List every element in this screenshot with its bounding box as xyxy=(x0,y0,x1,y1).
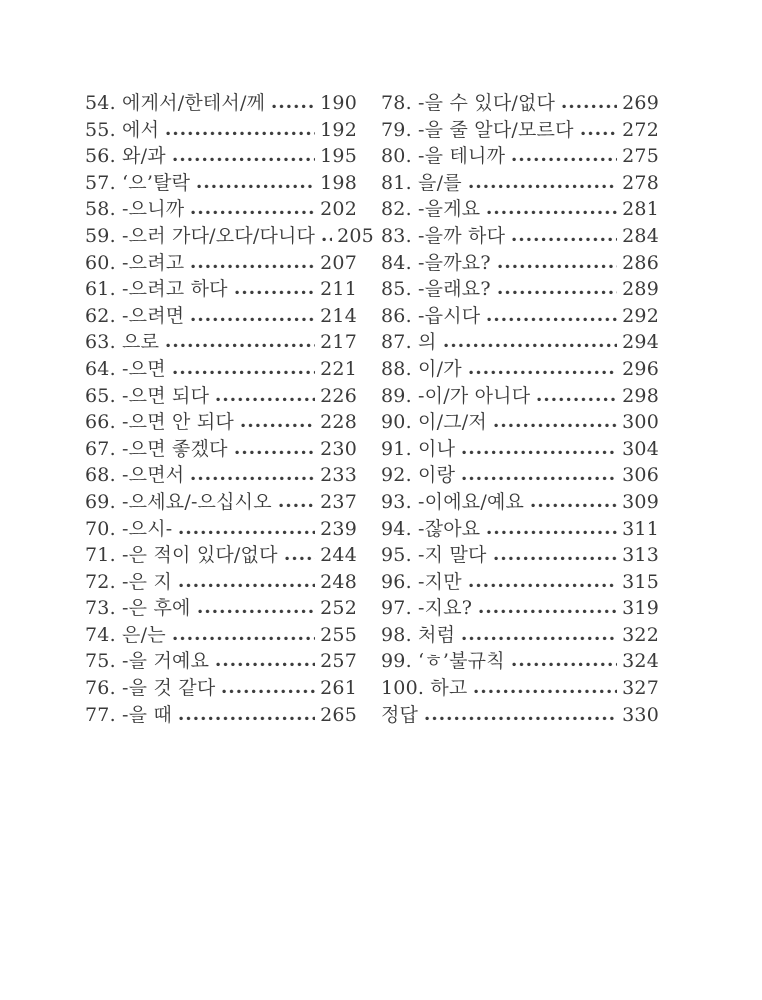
toc-entry-label: 86. -읍시다 xyxy=(381,301,480,328)
toc-entry: 80. -을 테니까275 xyxy=(381,141,659,168)
toc-entry: 74. 은/는255 xyxy=(85,620,357,647)
toc-entry-label: 77. -을 때 xyxy=(85,700,172,727)
dot-leader xyxy=(173,153,315,162)
toc-entry: 81. 을/를278 xyxy=(381,168,659,195)
toc-entry-label: 97. -지요? xyxy=(381,593,472,620)
dot-leader xyxy=(494,552,618,561)
toc-entry-page: 221 xyxy=(320,358,357,380)
toc-entry-label: 58. -으니까 xyxy=(85,194,184,221)
dot-leader xyxy=(198,605,316,614)
toc-entry-label: 91. 이나 xyxy=(381,434,455,461)
toc-entry-label: 80. -을 테니까 xyxy=(381,141,505,168)
toc-entry-page: 226 xyxy=(320,385,357,407)
toc-entry: 69. -으세요/-으십시오237 xyxy=(85,487,357,514)
dot-leader xyxy=(487,206,617,215)
toc-entry: 86. -읍시다292 xyxy=(381,301,659,328)
toc-entry: 95. -지 말다313 xyxy=(381,540,659,567)
toc-entry: 71. -은 적이 있다/없다244 xyxy=(85,540,357,567)
toc-entry: 68. -으면서233 xyxy=(85,460,357,487)
dot-leader xyxy=(487,526,617,535)
dot-leader xyxy=(216,658,315,667)
dot-leader xyxy=(512,658,617,667)
toc-entry-page: 252 xyxy=(320,597,357,619)
dot-leader xyxy=(216,393,315,402)
toc-entry-page: 298 xyxy=(622,385,659,407)
toc-entry-page: 207 xyxy=(320,252,357,274)
toc-entry: 94. -잖아요311 xyxy=(381,514,659,541)
dot-leader xyxy=(179,579,315,588)
toc-entry: 77. -을 때265 xyxy=(85,700,357,727)
toc-entry-label: 60. -으려고 xyxy=(85,248,184,275)
toc-entry-label: 59. -으러 가다/오다/다니다 xyxy=(85,221,315,248)
toc-entry-label: 87. 의 xyxy=(381,327,437,354)
toc-entry-label: 79. -을 줄 알다/모르다 xyxy=(381,115,574,142)
toc-entry-page: 237 xyxy=(320,491,357,513)
toc-entry-label: 99. ‘ㅎ’불규칙 xyxy=(381,646,505,673)
dot-leader xyxy=(479,605,617,614)
toc-entry-page: 296 xyxy=(622,358,659,380)
toc-entry: 99. ‘ㅎ’불규칙324 xyxy=(381,646,659,673)
dot-leader xyxy=(462,472,617,481)
dot-leader xyxy=(469,579,617,588)
toc-entry: 93. -이에요/예요309 xyxy=(381,487,659,514)
toc-entry: 55. 에서192 xyxy=(85,115,357,142)
toc-entry-page: 286 xyxy=(622,252,659,274)
toc-entry-label: 63. 으로 xyxy=(85,327,159,354)
toc-entry-page: 230 xyxy=(320,438,357,460)
toc-entry: 60. -으려고207 xyxy=(85,248,357,275)
toc-entry-label: 67. -으면 좋겠다 xyxy=(85,434,228,461)
dot-leader xyxy=(512,153,617,162)
toc-entry-label: 69. -으세요/-으십시오 xyxy=(85,487,272,514)
toc-entry: 82. -을게요281 xyxy=(381,194,659,221)
toc-entry-label: 76. -을 것 같다 xyxy=(85,673,215,700)
toc-entry-label: 61. -으려고 하다 xyxy=(85,274,228,301)
dot-leader xyxy=(279,499,315,508)
toc-entry-page: 198 xyxy=(320,172,357,194)
toc-entry-page: 281 xyxy=(622,198,659,220)
toc-entry-label: 82. -을게요 xyxy=(381,194,480,221)
toc-left-column: 54. 에게서/한테서/께19055. 에서19256. 와/과19557. ‘… xyxy=(85,88,357,726)
toc-entry-page: 205 xyxy=(337,225,374,247)
toc-entry: 54. 에게서/한테서/께190 xyxy=(85,88,357,115)
toc-entry: 58. -으니까202 xyxy=(85,194,357,221)
toc-entry: 88. 이/가296 xyxy=(381,354,659,381)
toc-entry-page: 330 xyxy=(622,704,659,726)
toc-entry: 64. -으면221 xyxy=(85,354,357,381)
toc-entry: 96. -지만315 xyxy=(381,567,659,594)
toc-entry-page: 313 xyxy=(622,544,659,566)
toc-entry-page: 275 xyxy=(622,145,659,167)
toc-entry-label: 73. -은 후에 xyxy=(85,593,191,620)
toc-entry-page: 192 xyxy=(320,119,357,141)
toc-entry-label: 정답 xyxy=(381,700,418,727)
toc-entry-page: 211 xyxy=(320,278,357,300)
toc-entry-label: 54. 에게서/한테서/께 xyxy=(85,88,265,115)
toc-entry-page: 217 xyxy=(320,331,357,353)
toc-entry-page: 309 xyxy=(622,491,659,513)
toc-entry-page: 228 xyxy=(320,411,357,433)
dot-leader xyxy=(425,712,617,721)
dot-leader xyxy=(235,446,315,455)
toc-entry-label: 71. -은 적이 있다/없다 xyxy=(85,540,278,567)
toc-entry-page: 324 xyxy=(622,650,659,672)
toc-entry-label: 62. -으려면 xyxy=(85,301,184,328)
toc-entry-page: 315 xyxy=(622,571,659,593)
toc-entry: 90. 이/그/저300 xyxy=(381,407,659,434)
dot-leader xyxy=(462,446,617,455)
toc-entry-label: 83. -을까 하다 xyxy=(381,221,505,248)
toc-entry-label: 88. 이/가 xyxy=(381,354,462,381)
dot-leader xyxy=(498,260,617,269)
toc-entry: 70. -으시-239 xyxy=(85,514,357,541)
dot-leader xyxy=(235,286,315,295)
dot-leader xyxy=(191,260,315,269)
toc-entry-page: 233 xyxy=(320,464,357,486)
dot-leader xyxy=(173,632,315,641)
dot-leader xyxy=(469,366,617,375)
toc-entry-label: 57. ‘으’탈락 xyxy=(85,168,190,195)
toc-entry: 정답330 xyxy=(381,700,659,727)
toc-entry: 56. 와/과195 xyxy=(85,141,357,168)
toc-entry-label: 96. -지만 xyxy=(381,567,462,594)
toc-entry-page: 294 xyxy=(622,331,659,353)
dot-leader xyxy=(191,472,315,481)
dot-leader xyxy=(562,100,617,109)
toc-entry-label: 65. -으면 되다 xyxy=(85,381,209,408)
dot-leader xyxy=(322,233,332,242)
toc-entry-page: 269 xyxy=(622,92,659,114)
dot-leader xyxy=(191,313,315,322)
dot-leader xyxy=(487,313,617,322)
toc-entry: 84. -을까요?286 xyxy=(381,248,659,275)
dot-leader xyxy=(512,233,617,242)
toc-entry-label: 56. 와/과 xyxy=(85,141,166,168)
dot-leader xyxy=(241,419,315,428)
toc-entry-page: 327 xyxy=(622,677,659,699)
dot-leader xyxy=(222,685,315,694)
toc-entry-label: 89. -이/가 아니다 xyxy=(381,381,530,408)
toc-entry-page: 214 xyxy=(320,305,357,327)
dot-leader xyxy=(272,100,315,109)
dot-leader xyxy=(469,180,617,189)
toc-entry: 76. -을 것 같다261 xyxy=(85,673,357,700)
dot-leader xyxy=(191,206,315,215)
toc-entry-label: 74. 은/는 xyxy=(85,620,166,647)
toc-entry-page: 190 xyxy=(320,92,357,114)
toc-entry: 59. -으러 가다/오다/다니다205 xyxy=(85,221,357,248)
toc-entry-label: 84. -을까요? xyxy=(381,248,491,275)
toc-entry-label: 55. 에서 xyxy=(85,115,159,142)
toc-entry-page: 239 xyxy=(320,518,357,540)
dot-leader xyxy=(531,499,617,508)
toc-entry: 89. -이/가 아니다298 xyxy=(381,381,659,408)
toc-entry-label: 64. -으면 xyxy=(85,354,166,381)
toc-entry-page: 244 xyxy=(320,544,357,566)
dot-leader xyxy=(285,552,315,561)
dot-leader xyxy=(581,127,617,136)
toc-entry: 100. 하고327 xyxy=(381,673,659,700)
toc-entry: 78. -을 수 있다/없다269 xyxy=(381,88,659,115)
dot-leader xyxy=(197,180,315,189)
toc-entry: 98. 처럼322 xyxy=(381,620,659,647)
toc-entry: 66. -으면 안 되다228 xyxy=(85,407,357,434)
toc-entry: 92. 이랑306 xyxy=(381,460,659,487)
toc-entry-label: 72. -은 지 xyxy=(85,567,172,594)
toc-entry-label: 75. -을 거예요 xyxy=(85,646,209,673)
dot-leader xyxy=(173,366,315,375)
toc-entry-label: 68. -으면서 xyxy=(85,460,184,487)
toc-entry: 65. -으면 되다226 xyxy=(85,381,357,408)
toc-entry: 83. -을까 하다284 xyxy=(381,221,659,248)
toc-entry-page: 248 xyxy=(320,571,357,593)
toc-entry: 75. -을 거예요257 xyxy=(85,646,357,673)
toc-entry-page: 255 xyxy=(320,624,357,646)
toc-entry-page: 319 xyxy=(622,597,659,619)
toc-page: 54. 에게서/한테서/께19055. 에서19256. 와/과19557. ‘… xyxy=(0,0,762,1000)
toc-entry-page: 278 xyxy=(622,172,659,194)
toc-entry-label: 90. 이/그/저 xyxy=(381,407,487,434)
toc-entry-label: 100. 하고 xyxy=(381,673,467,700)
dot-leader xyxy=(444,339,618,348)
toc-entry-page: 265 xyxy=(320,704,357,726)
toc-entry-page: 289 xyxy=(622,278,659,300)
toc-entry: 85. -을래요?289 xyxy=(381,274,659,301)
toc-entry-label: 92. 이랑 xyxy=(381,460,455,487)
toc-entry-label: 93. -이에요/예요 xyxy=(381,487,524,514)
toc-entry-label: 66. -으면 안 되다 xyxy=(85,407,234,434)
toc-entry: 67. -으면 좋겠다230 xyxy=(85,434,357,461)
toc-entry-label: 95. -지 말다 xyxy=(381,540,487,567)
dot-leader xyxy=(462,632,617,641)
dot-leader xyxy=(494,419,617,428)
toc-entry-page: 202 xyxy=(320,198,357,220)
toc-entry-page: 261 xyxy=(320,677,357,699)
toc-columns: 54. 에게서/한테서/께19055. 에서19256. 와/과19557. ‘… xyxy=(85,88,762,726)
dot-leader xyxy=(166,127,315,136)
toc-entry: 91. 이나304 xyxy=(381,434,659,461)
toc-entry: 87. 의294 xyxy=(381,327,659,354)
toc-entry-page: 304 xyxy=(622,438,659,460)
toc-entry: 62. -으려면214 xyxy=(85,301,357,328)
dot-leader xyxy=(166,339,315,348)
toc-entry-label: 78. -을 수 있다/없다 xyxy=(381,88,555,115)
toc-entry: 63. 으로217 xyxy=(85,327,357,354)
dot-leader xyxy=(474,685,617,694)
toc-entry: 72. -은 지248 xyxy=(85,567,357,594)
toc-entry-page: 300 xyxy=(622,411,659,433)
toc-entry-page: 322 xyxy=(622,624,659,646)
toc-entry-page: 306 xyxy=(622,464,659,486)
toc-entry: 79. -을 줄 알다/모르다272 xyxy=(381,115,659,142)
toc-entry-label: 70. -으시- xyxy=(85,514,172,541)
dot-leader xyxy=(537,393,617,402)
toc-entry-label: 85. -을래요? xyxy=(381,274,491,301)
toc-entry-page: 311 xyxy=(622,518,659,540)
toc-entry: 57. ‘으’탈락198 xyxy=(85,168,357,195)
toc-entry: 61. -으려고 하다211 xyxy=(85,274,357,301)
toc-entry-page: 257 xyxy=(320,650,357,672)
toc-entry-page: 272 xyxy=(622,119,659,141)
toc-right-column: 78. -을 수 있다/없다26979. -을 줄 알다/모르다27280. -… xyxy=(381,88,659,726)
toc-entry: 97. -지요?319 xyxy=(381,593,659,620)
toc-entry-label: 98. 처럼 xyxy=(381,620,455,647)
toc-entry-label: 81. 을/를 xyxy=(381,168,462,195)
dot-leader xyxy=(498,286,617,295)
toc-entry-label: 94. -잖아요 xyxy=(381,514,480,541)
dot-leader xyxy=(179,712,315,721)
toc-entry-page: 292 xyxy=(622,305,659,327)
toc-entry-page: 195 xyxy=(320,145,357,167)
dot-leader xyxy=(179,526,315,535)
toc-entry: 73. -은 후에252 xyxy=(85,593,357,620)
toc-entry-page: 284 xyxy=(622,225,659,247)
